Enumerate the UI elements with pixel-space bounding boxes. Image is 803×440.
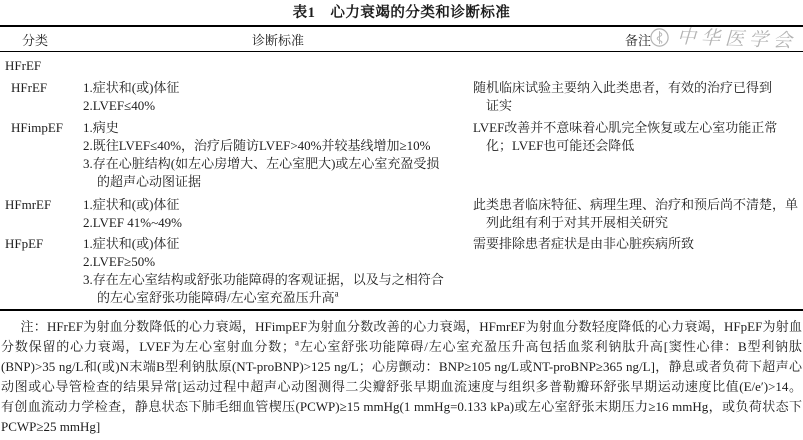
row-label: HFimpEF [0, 119, 83, 191]
criteria-text: 的左心室舒张功能障碍/左心室充盈压升高 [97, 290, 335, 305]
classification-table: 分类 诊断标准 备注 HFrEF HFrEF 1.症状和(或)体征 2.LVEF… [0, 25, 803, 311]
header-remarks: 备注 [473, 30, 803, 49]
criteria-line: 3.存在心脏结构(如左心房增大、左心室肥大)或左心室充盈受损 [83, 155, 473, 173]
row-label: HFpEF [0, 235, 83, 307]
criteria-line: 1.病史 [83, 119, 473, 137]
remark-line: 证实 [473, 97, 797, 115]
footnote-line: 动图或心导管检查的结果异常[运动过程中超声心动图测得二尖瓣舒张早期血流速度与组织… [1, 377, 802, 397]
footnote-line: PCWP≥25 mmHg] [1, 417, 802, 437]
criteria-line: 2.LVEF≥50% [83, 253, 473, 271]
journal-table-page: 表1 心力衰竭的分类和诊断标准 分类 诊断标准 备注 HFrEF HFrEF 1… [0, 0, 803, 440]
footnote-line: 注：HFrEF为射血分数降低的心力衰竭，HFimpEF为射血分数改善的心力衰竭，… [1, 317, 802, 337]
remark-line: 需要排除患者症状是由非心脏疾病所致 [473, 235, 797, 253]
footnote-line: 分数保留的心力衰竭，LVEF为左心室射血分数；a左心室舒张功能障碍/左心室充盈压… [1, 337, 802, 357]
remark-line: 化；LVEF也可能还会降低 [473, 137, 797, 155]
footnote-line: (BNP)>35 ng/L和(或)N末端B型利钠肽原(NT-proBNP)>12… [1, 357, 802, 377]
table-row-hfpef: HFpEF 1.症状和(或)体征 2.LVEF≥50% 3.存在左心室结构或舒张… [0, 235, 803, 307]
row-criteria [83, 57, 473, 75]
table-row-hfmref: HFmrEF 1.症状和(或)体征 2.LVEF 41%~49% 此类患者临床特… [0, 196, 803, 232]
criteria-line: 1.症状和(或)体征 [83, 235, 473, 253]
criteria-line: 2.LVEF≤40% [83, 97, 473, 115]
table-footnote: 注：HFrEF为射血分数降低的心力衰竭，HFimpEF为射血分数改善的心力衰竭，… [0, 317, 803, 437]
remark-line: 此类患者临床特征、病理生理、治疗和预后尚不清楚，单 [473, 196, 797, 214]
row-criteria: 1.病史 2.既往LVEF≤40%，治疗后随访LVEF>40%并较基线增加≥10… [83, 119, 473, 191]
footnote-text: 分数保留的心力衰竭，LVEF为左心室射血分数； [1, 339, 295, 354]
row-remarks: LVEF改善并不意味着心肌完全恢复或左心室功能正常 化；LVEF也可能还会降低 [473, 119, 803, 191]
row-label: HFrEF [0, 79, 83, 115]
footnote-line: 有创血流动力学检查，静息状态下肺毛细血管楔压(PCWP)≥15 mmHg(1 m… [1, 397, 802, 417]
row-remarks: 需要排除患者症状是由非心脏疾病所致 [473, 235, 803, 307]
remark-line: 列此组有利于对其开展相关研究 [473, 214, 797, 232]
row-criteria: 1.症状和(或)体征 2.LVEF≥50% 3.存在左心室结构或舒张功能障碍的客… [83, 235, 473, 307]
footnote-text: 左心室舒张功能障碍/左心室充盈压升高包括血浆利钠肽升高[窦性心律：B型利钠肽 [299, 339, 802, 354]
criteria-line: 2.既往LVEF≤40%，治疗后随访LVEF>40%并较基线增加≥10% [83, 137, 473, 155]
row-criteria: 1.症状和(或)体征 2.LVEF≤40% [83, 79, 473, 115]
row-criteria: 1.症状和(或)体征 2.LVEF 41%~49% [83, 196, 473, 232]
criteria-line: 1.症状和(或)体征 [83, 79, 473, 97]
table-row-hfref-group: HFrEF [0, 57, 803, 75]
row-label: HFrEF [0, 57, 83, 75]
criteria-line: 3.存在左心室结构或舒张功能障碍的客观证据，以及与之相符合 [83, 271, 473, 289]
table-row-hfref: HFrEF 1.症状和(或)体征 2.LVEF≤40% 随机临床试验主要纳入此类… [0, 79, 803, 115]
remark-line: 随机临床试验主要纳入此类患者，有效的治疗已得到 [473, 79, 797, 97]
table-row-hfimpef: HFimpEF 1.病史 2.既往LVEF≤40%，治疗后随访LVEF>40%并… [0, 119, 803, 191]
criteria-line: 的左心室舒张功能障碍/左心室充盈压升高a [83, 289, 473, 307]
header-category: 分类 [0, 30, 83, 49]
criteria-line: 1.症状和(或)体征 [83, 196, 473, 214]
row-remarks: 随机临床试验主要纳入此类患者，有效的治疗已得到 证实 [473, 79, 803, 115]
remark-line: LVEF改善并不意味着心肌完全恢复或左心室功能正常 [473, 119, 797, 137]
row-remarks: 此类患者临床特征、病理生理、治疗和预后尚不清楚，单 列此组有利于对其开展相关研究 [473, 196, 803, 232]
header-criteria: 诊断标准 [83, 30, 473, 49]
footnote-marker-a: a [335, 289, 339, 299]
row-label: HFmrEF [0, 196, 83, 232]
row-remarks [473, 57, 803, 75]
criteria-line: 的超声心动图证据 [83, 173, 473, 191]
table-header-row: 分类 诊断标准 备注 [0, 27, 803, 52]
table-title: 表1 心力衰竭的分类和诊断标准 [0, 0, 803, 22]
criteria-line: 2.LVEF 41%~49% [83, 214, 473, 232]
